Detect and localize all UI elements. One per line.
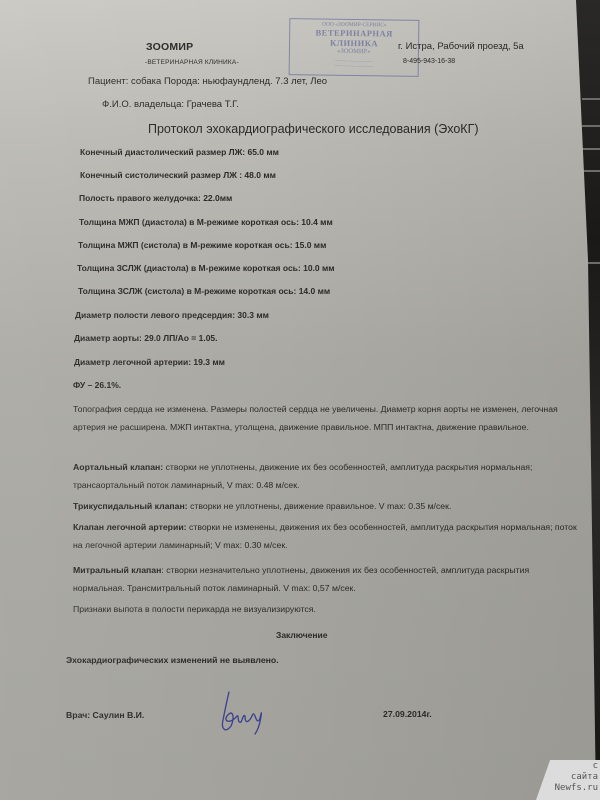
tricuspid-valve-paragraph: Трикуспидальный клапан: створки не уплот… bbox=[73, 497, 578, 515]
aortic-valve-label: Аортальный клапан: bbox=[73, 462, 163, 472]
measurement-lv-diastolic: Конечный диастолический размер ЛЖ: 65.0 … bbox=[80, 147, 279, 157]
background-stripe bbox=[582, 125, 600, 127]
background-stripe bbox=[582, 148, 600, 150]
clinic-phone: 8-495-943-16-38 bbox=[403, 58, 455, 65]
background-stripe bbox=[582, 170, 600, 172]
measurement-aorta-diameter: Диаметр аорты: 29.0 ЛП/Ао = 1.05. bbox=[74, 333, 218, 343]
tricuspid-valve-text: створки не уплотнены, движение правильно… bbox=[188, 501, 452, 511]
document-page: ЗООМИР -ВЕТЕРИНАРНАЯ КЛИНИКА- ООО «ЗООМИ… bbox=[0, 0, 600, 800]
clinic-address: г. Истра, Рабочий проезд, 5а bbox=[398, 41, 524, 52]
measurement-ivs-diastole: Толщина МЖП (диастола) в М-режиме коротк… bbox=[79, 217, 333, 227]
pulmonary-valve-paragraph: Клапан легочной артерии: створки не изме… bbox=[73, 518, 578, 554]
conclusion-text: Эхокардиографических изменений не выявле… bbox=[66, 655, 279, 665]
patient-info: Пациент: собака Порода: ньюфаундленд. 7.… bbox=[88, 76, 327, 87]
tricuspid-valve-label: Трикуспидальный клапан: bbox=[73, 501, 188, 511]
watermark-line-2: сайта bbox=[536, 772, 598, 783]
conclusion-heading: Заключение bbox=[276, 630, 328, 640]
background-stripe bbox=[582, 98, 600, 100]
mitral-valve-label: Митральный клапан bbox=[73, 565, 161, 575]
aortic-valve-paragraph: Аортальный клапан: створки не уплотнены,… bbox=[73, 458, 578, 494]
watermark-line-3: Newfs.ru bbox=[536, 783, 598, 794]
stamp-fine-print: ——— —— —————— ——— —— —— bbox=[290, 57, 418, 69]
owner-info: Ф.И.О. владельца: Грачева Т.Г. bbox=[102, 99, 239, 110]
measurement-ivs-systole: Толщина МЖП (систола) в М-режиме коротка… bbox=[78, 240, 326, 250]
measurement-pa-diameter: Диаметр легочной артерии: 19.3 мм bbox=[74, 357, 225, 367]
pulmonary-valve-label: Клапан легочной артерии: bbox=[73, 522, 187, 532]
pericardium-paragraph: Признаки выпота в полости перикарда не в… bbox=[73, 600, 578, 618]
measurement-lv-systolic: Конечный систолический размер ЛЖ : 48.0 … bbox=[80, 170, 276, 180]
clinic-name: ЗООМИР bbox=[146, 41, 193, 53]
measurement-lvpw-diastole: Толщина ЗСЛЖ (диастола) в М-режиме корот… bbox=[77, 263, 335, 273]
document-title: Протокол эхокардиографического исследова… bbox=[148, 122, 479, 136]
clinic-subtitle: -ВЕТЕРИНАРНАЯ КЛИНИКА- bbox=[145, 59, 239, 66]
mitral-valve-paragraph: Митральный клапан: створки незначительно… bbox=[73, 561, 578, 597]
measurement-fs: ФУ – 26.1%. bbox=[73, 380, 121, 390]
doctor-name: Врач: Саулин В.И. bbox=[66, 710, 144, 720]
measurement-la-diameter: Диаметр полости левого предсердия: 30.3 … bbox=[75, 310, 269, 320]
signature-icon bbox=[215, 686, 275, 738]
topography-paragraph: Топография сердца не изменена. Размеры п… bbox=[73, 400, 578, 436]
measurement-rv-cavity: Полость правого желудочка: 22.0мм bbox=[79, 193, 232, 203]
measurement-lvpw-systole: Толщина ЗСЛЖ (систола) в М-режиме коротк… bbox=[78, 286, 330, 296]
document-date: 27.09.2014г. bbox=[383, 709, 432, 719]
